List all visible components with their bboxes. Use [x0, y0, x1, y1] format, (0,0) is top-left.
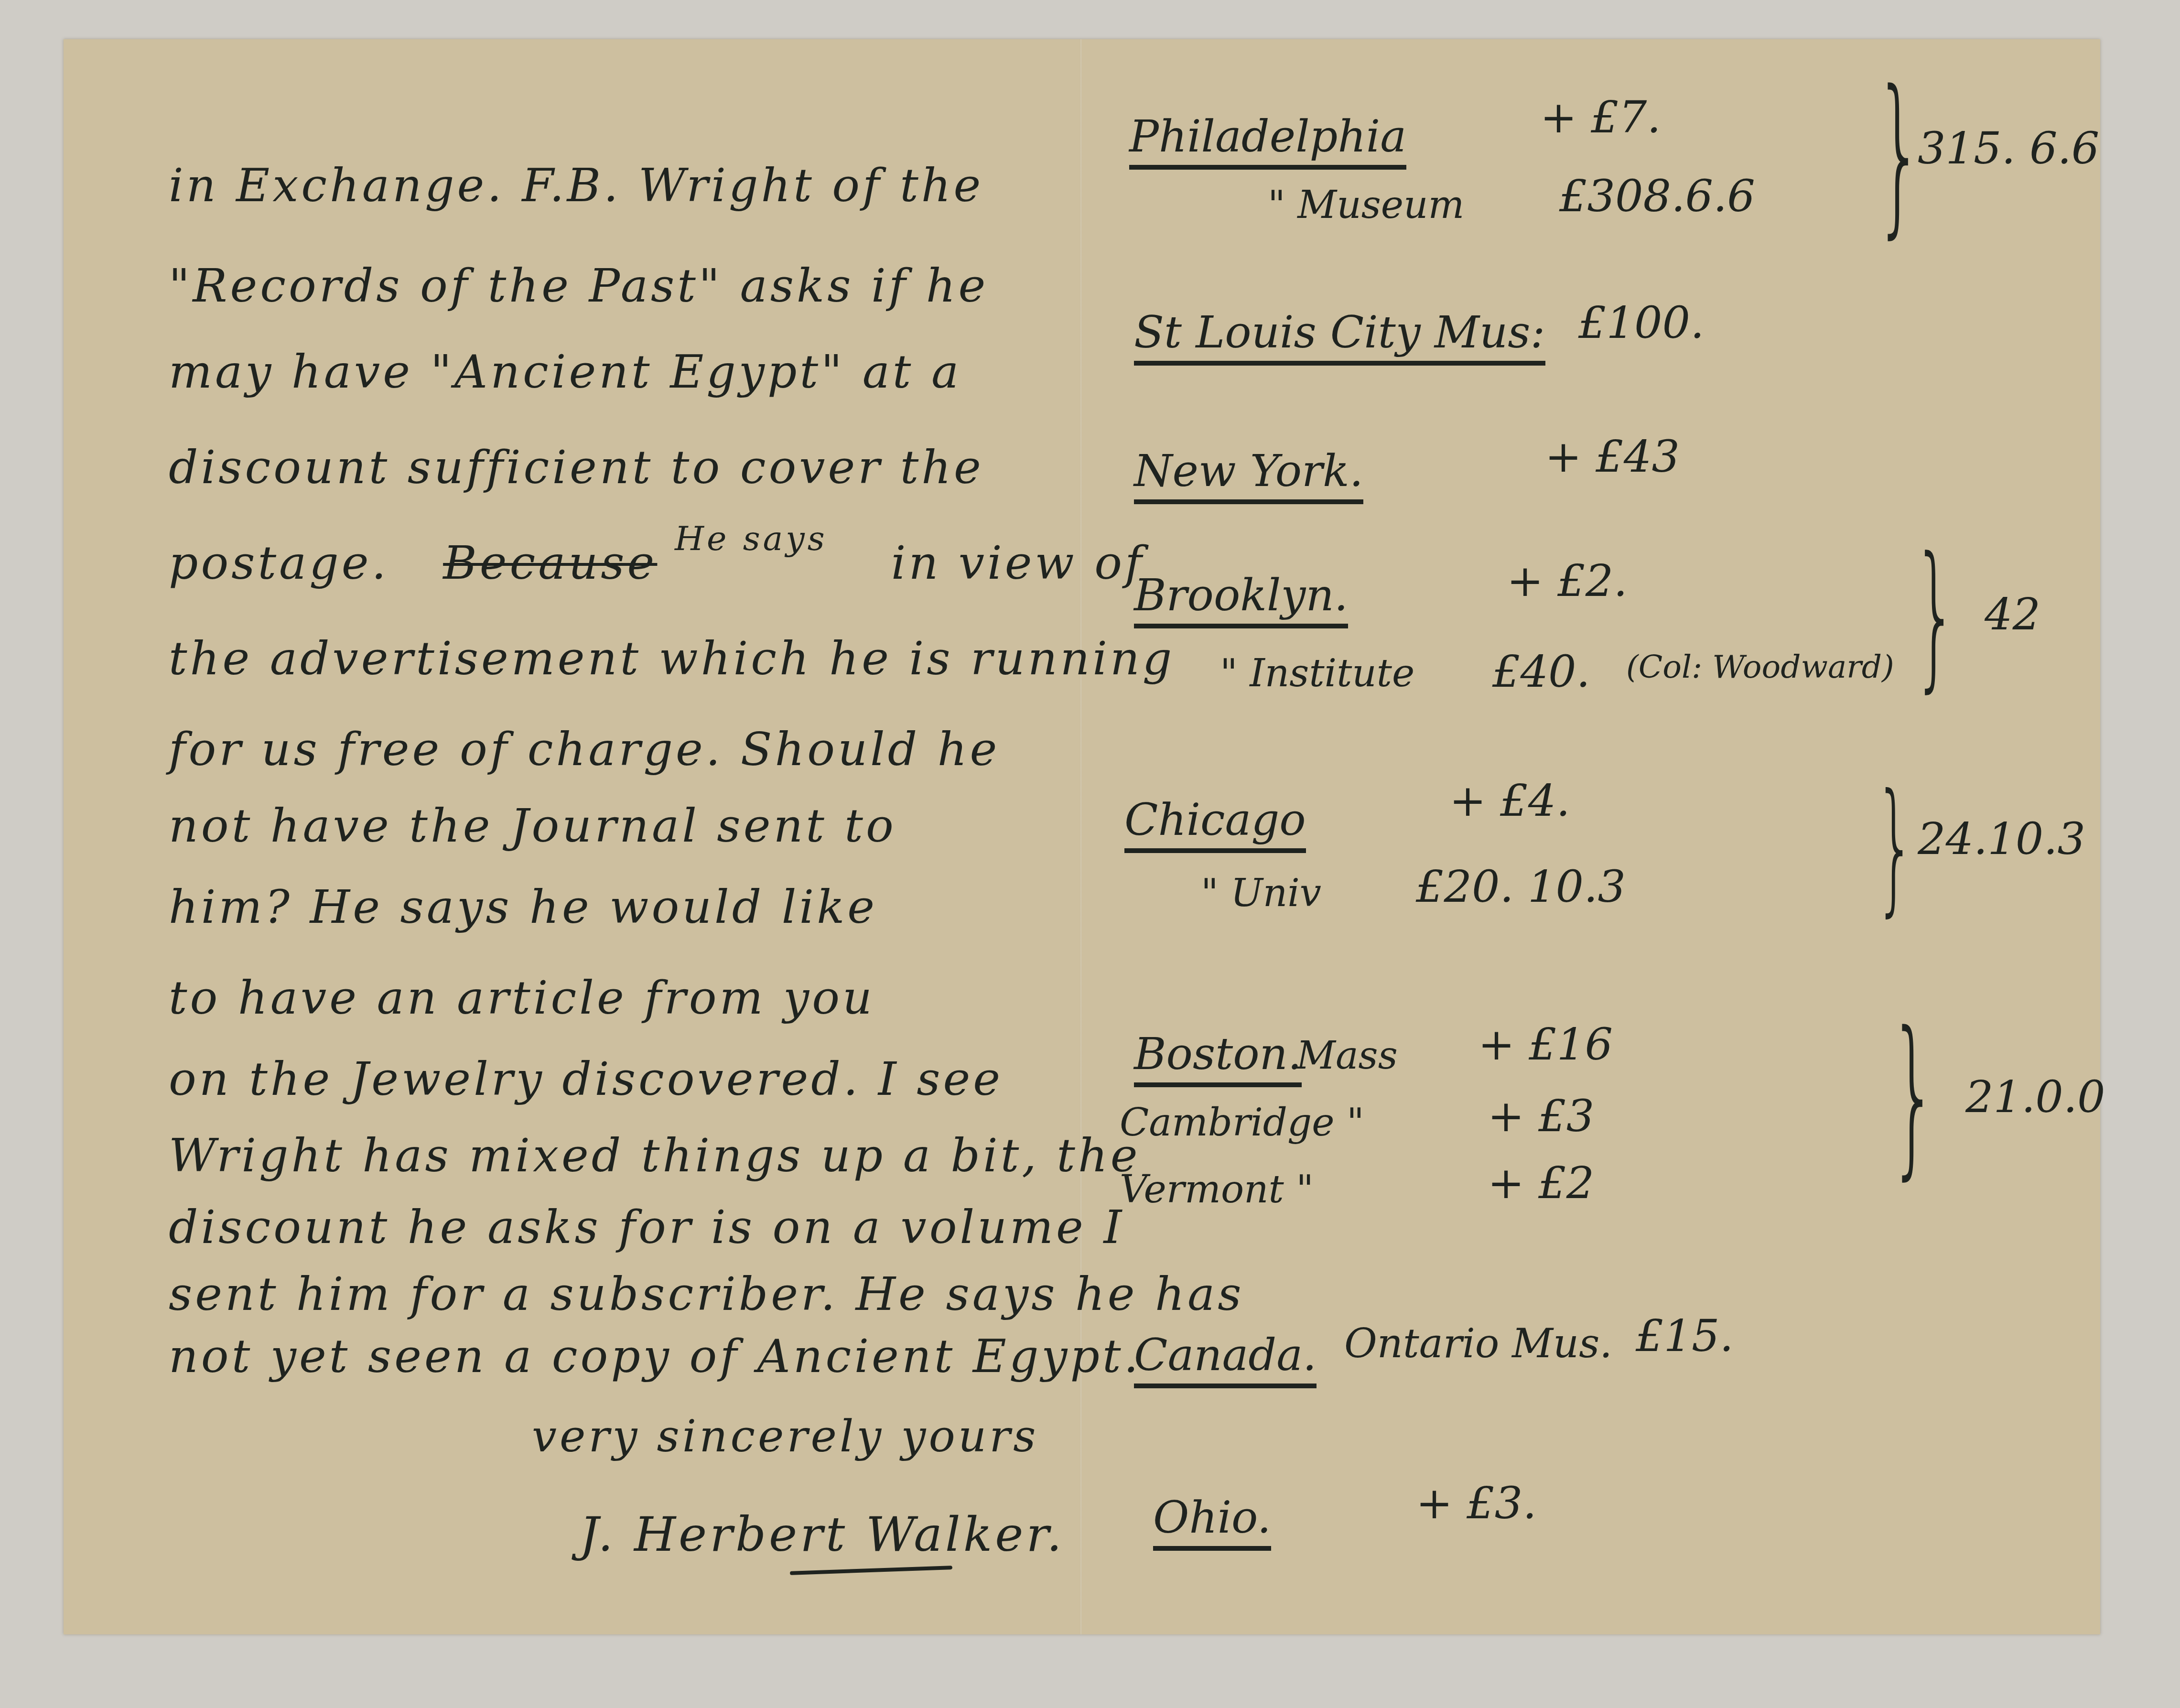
letter-line: Wright has mixed things up a bit, the	[169, 1129, 1141, 1182]
sub-label: Mass	[1296, 1033, 1398, 1078]
letter-line: not yet seen a copy of Ancient Egypt.	[169, 1330, 1141, 1383]
amount: + £7.	[1540, 92, 1661, 143]
brace-icon: }	[1875, 775, 1916, 919]
place-st-louis: St Louis City Mus:	[1134, 307, 1545, 366]
letter-line: not have the Journal sent to	[169, 799, 896, 853]
letter-line: postage. Because He says in view of	[169, 536, 1145, 590]
amount: + £4.	[1449, 775, 1570, 826]
letter-line: to have an article from you	[169, 971, 875, 1025]
letter-line: discount he asks for is on a volume I	[169, 1200, 1124, 1254]
brace-icon: }	[1913, 536, 1958, 694]
closing: very sincerely yours	[532, 1411, 1038, 1462]
group-total: 315. 6.6	[1918, 123, 2099, 174]
amount: + £2.	[1507, 555, 1628, 606]
center-fold	[1080, 39, 1082, 1634]
letter-line: may have "Ancient Egypt" at a	[169, 345, 961, 399]
amount: + £3.	[1416, 1478, 1537, 1529]
letter-line: on the Jewelry discovered. I see	[169, 1052, 1003, 1106]
sub-label: " Museum	[1268, 183, 1464, 227]
letter-line: for us free of charge. Should he	[169, 723, 1000, 776]
amount: £40.	[1492, 646, 1590, 697]
place-brooklyn: Brooklyn.	[1134, 570, 1348, 628]
place-canada: Canada.	[1134, 1330, 1317, 1388]
amount: £308.6.6	[1559, 171, 1755, 222]
letter-paper: in Exchange. F.B. Wright of the "Records…	[64, 39, 2100, 1634]
place-new-york: New York.	[1134, 445, 1363, 504]
sub-label: Ontario Mus.	[1344, 1320, 1612, 1367]
amount: + £16	[1478, 1019, 1613, 1070]
sub-label: " Institute	[1220, 651, 1414, 695]
letter-line: him? He says he would like	[169, 880, 877, 934]
place-boston: Boston.	[1134, 1028, 1302, 1087]
note: (Col: Woodward)	[1626, 649, 1894, 685]
amount: + £3	[1488, 1091, 1594, 1142]
letter-word: in view of	[891, 536, 1145, 590]
letter-line: in Exchange. F.B. Wright of the	[169, 159, 983, 212]
brace-icon: }	[1889, 1009, 1938, 1181]
group-total: 42	[1985, 589, 2040, 640]
letter-line: discount sufficient to cover the	[169, 441, 984, 494]
sub-label: Vermont "	[1120, 1167, 1314, 1211]
letter-line: the advertisement which he is running	[169, 632, 1175, 685]
place-ohio: Ohio.	[1153, 1492, 1271, 1551]
struck-word: Because	[443, 536, 657, 590]
sub-label: Cambridge "	[1120, 1100, 1364, 1145]
sub-label: " Univ	[1201, 871, 1321, 915]
amount: £20. 10.3	[1416, 861, 1626, 912]
amount: + £43	[1545, 431, 1680, 482]
amount: £15.	[1636, 1310, 1734, 1362]
place-philadelphia: Philadelphia	[1129, 111, 1406, 170]
signature-underline	[790, 1566, 952, 1575]
signature: J. Herbert Walker.	[580, 1506, 1065, 1562]
amount: £100.	[1578, 297, 1704, 348]
inserted-word: He says	[675, 519, 828, 558]
letter-line: "Records of the Past" asks if he	[169, 259, 988, 313]
place-chicago: Chicago	[1124, 794, 1306, 853]
group-total: 24.10.3	[1918, 813, 2085, 865]
letter-word: postage.	[169, 536, 389, 590]
group-total: 21.0.0	[1965, 1071, 2105, 1123]
brace-icon: }	[1875, 68, 1924, 240]
letter-line: sent him for a subscriber. He says he ha…	[169, 1267, 1244, 1321]
amount: + £2	[1488, 1157, 1594, 1209]
